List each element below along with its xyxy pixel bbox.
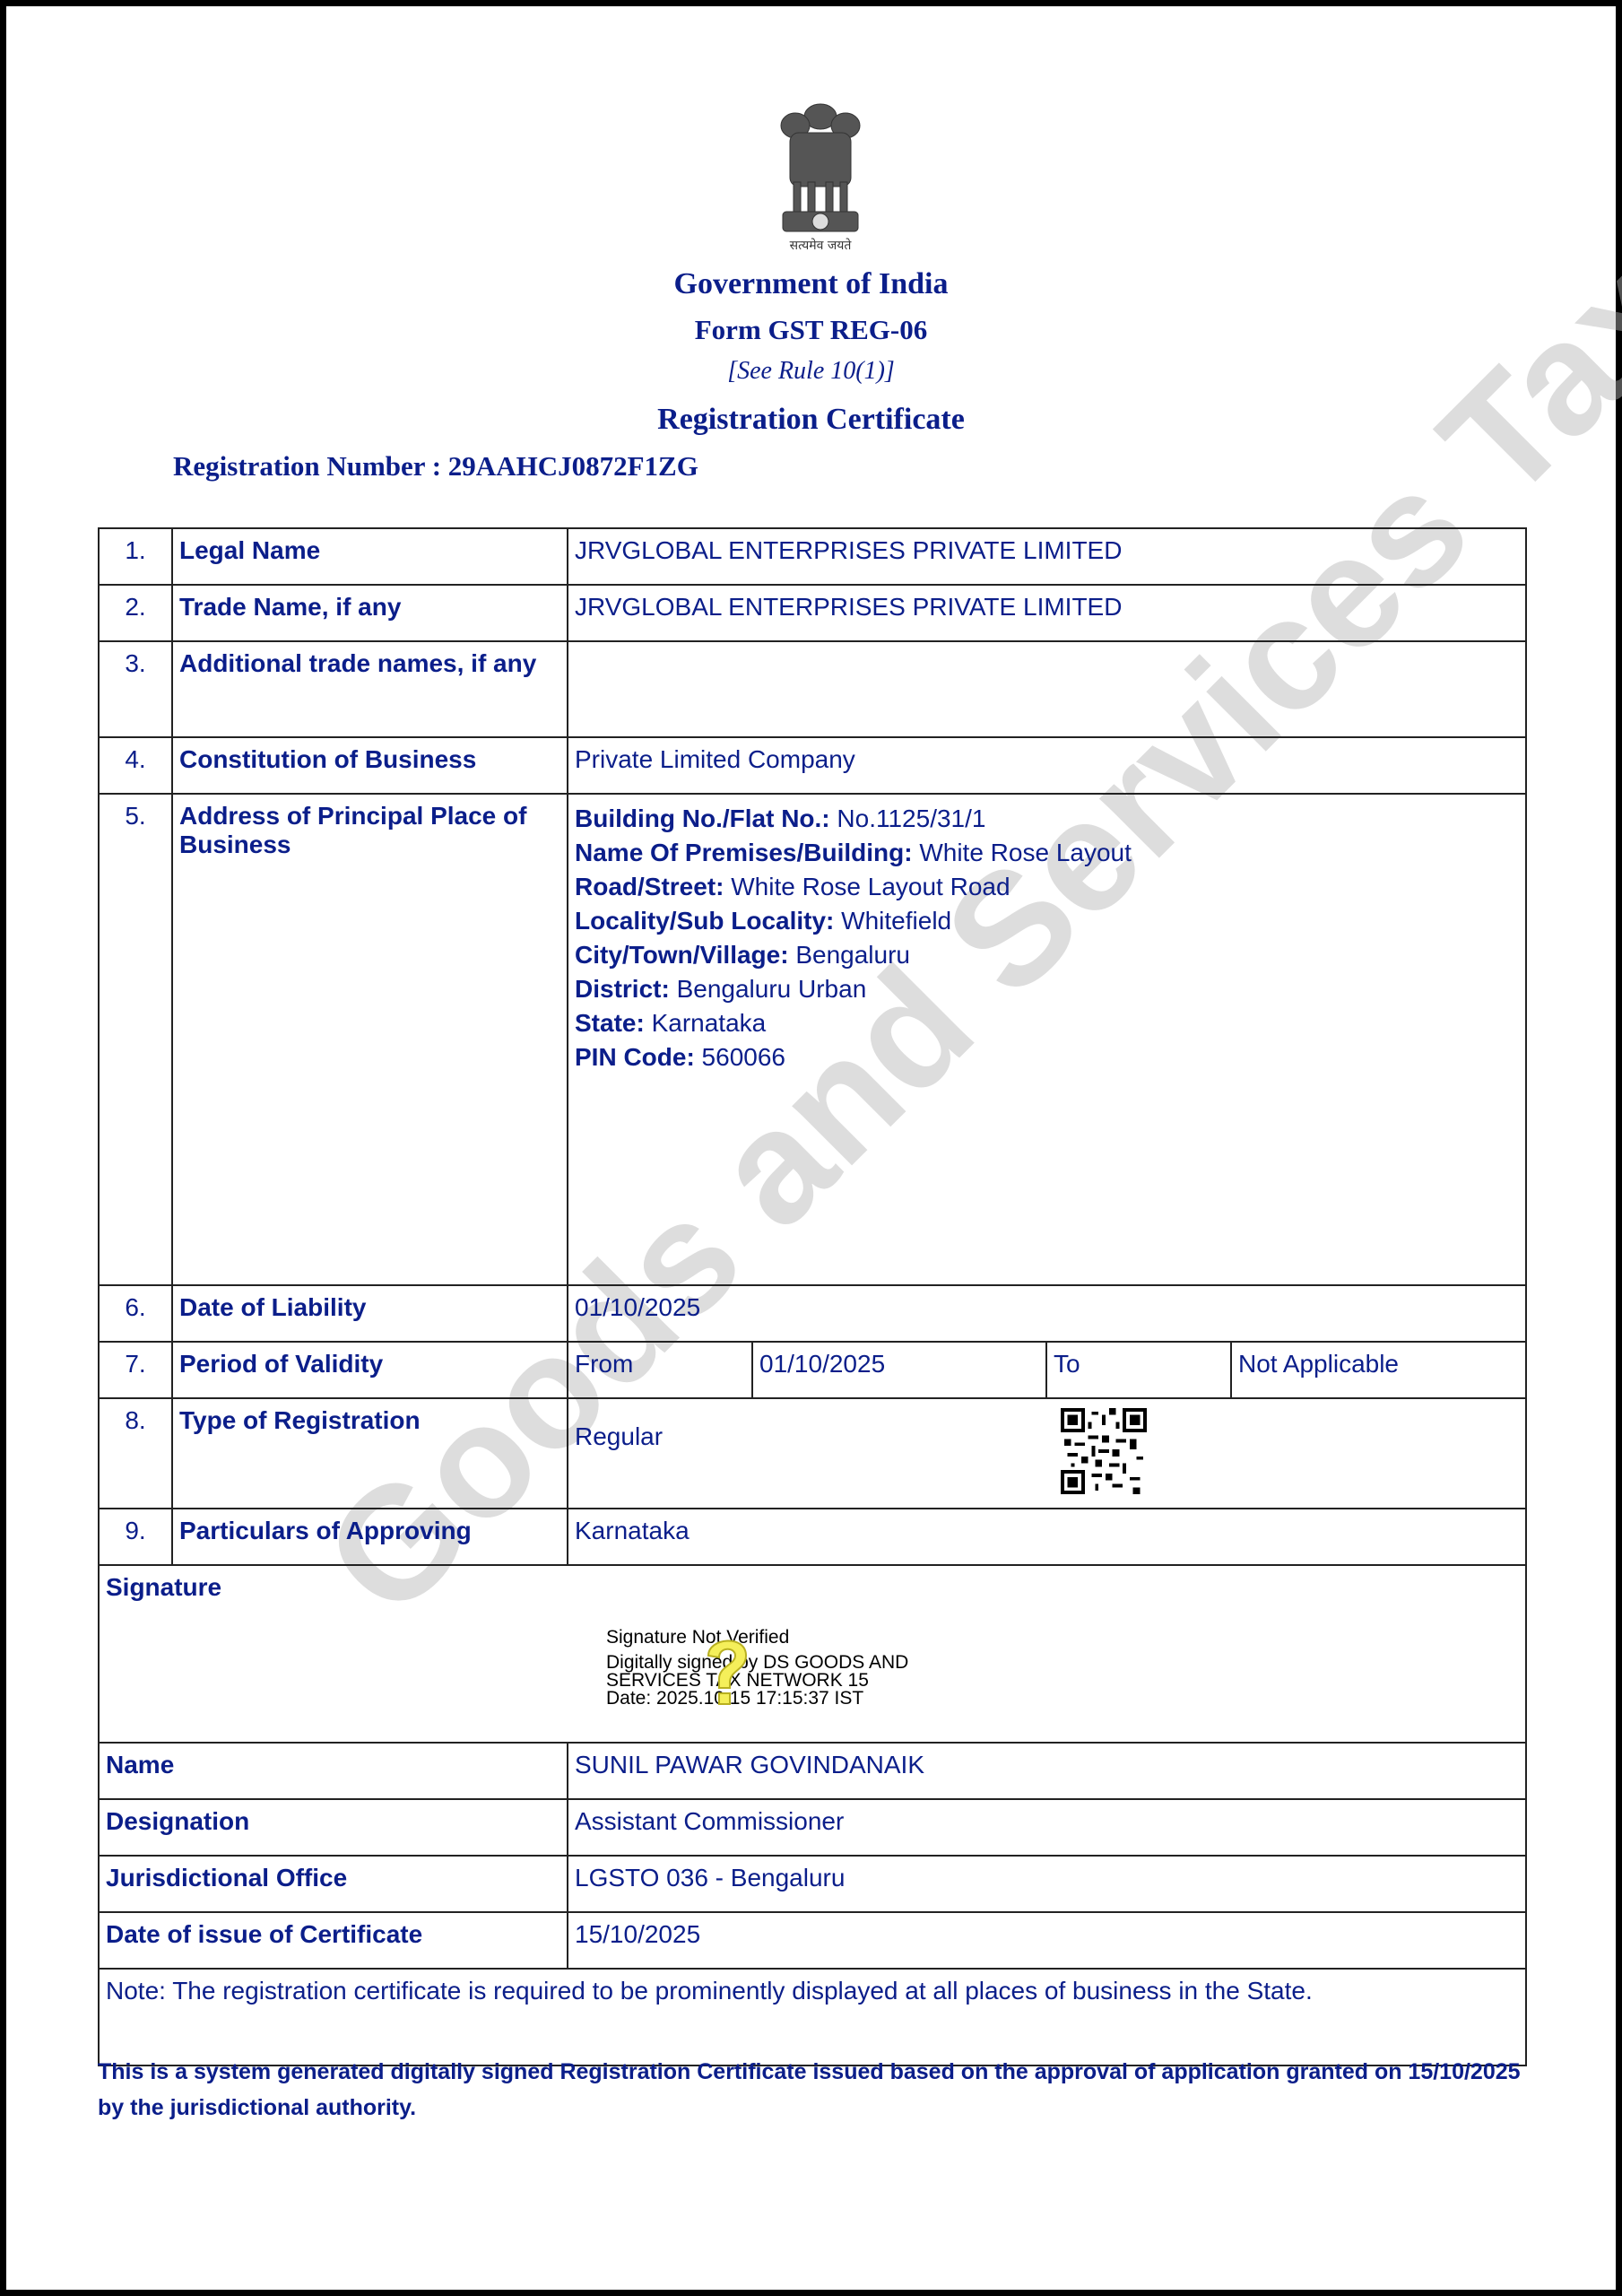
svg-text:सत्यमेव जयते: सत्यमेव जयते bbox=[790, 238, 853, 253]
rule-reference: [See Rule 10(1)] bbox=[0, 357, 1622, 386]
date-of-liability-value: 01/10/2025 bbox=[568, 1285, 1526, 1342]
constitution-label: Constitution of Business bbox=[172, 737, 568, 794]
table-row: 9. Particulars of Approving Karnataka bbox=[99, 1509, 1526, 1565]
officer-row: Name SUNIL PAWAR GOVINDANAIK bbox=[99, 1743, 1526, 1799]
officer-row: Designation Assistant Commissioner bbox=[99, 1799, 1526, 1856]
approving-label: Particulars of Approving bbox=[172, 1509, 568, 1565]
system-generated-note: This is a system generated digitally sig… bbox=[98, 2054, 1532, 2126]
additional-trade-names-value bbox=[568, 641, 1526, 737]
officer-row: Date of issue of Certificate 15/10/2025 bbox=[99, 1912, 1526, 1969]
designation-label: Designation bbox=[99, 1799, 568, 1856]
table-row: 7. Period of Validity From 01/10/2025 To… bbox=[99, 1342, 1526, 1398]
form-title: Form GST REG-06 bbox=[0, 314, 1622, 346]
registration-number: Registration Number : 29AAHCJ0872F1ZG bbox=[173, 450, 698, 483]
address-value: Building No./Flat No.: No.1125/31/1 Name… bbox=[568, 794, 1526, 1285]
table-row: 5. Address of Principal Place of Busines… bbox=[99, 794, 1526, 1285]
registration-type-label: Type of Registration bbox=[172, 1398, 568, 1509]
approving-value: Karnataka bbox=[568, 1509, 1526, 1565]
government-title: Government of India bbox=[0, 267, 1622, 301]
trade-name-value: JRVGLOBAL ENTERPRISES PRIVATE LIMITED bbox=[568, 585, 1526, 641]
officer-name-value: SUNIL PAWAR GOVINDANAIK bbox=[568, 1743, 1526, 1799]
legal-name-label: Legal Name bbox=[172, 528, 568, 585]
issue-date-label: Date of issue of Certificate bbox=[99, 1912, 568, 1969]
note-row: Note: The registration certificate is re… bbox=[99, 1969, 1526, 2066]
digital-signature: Signature Not Verified Digitally signed … bbox=[606, 1629, 908, 1708]
national-emblem-icon: सत्यमेव जयते bbox=[758, 97, 883, 254]
table-row: 1. Legal Name JRVGLOBAL ENTERPRISES PRIV… bbox=[99, 528, 1526, 585]
registration-type-value: Regular bbox=[568, 1398, 1526, 1509]
table-row: 6. Date of Liability 01/10/2025 bbox=[99, 1285, 1526, 1342]
qr-code-icon bbox=[1061, 1408, 1147, 1494]
officer-row: Jurisdictional Office LGSTO 036 - Bengal… bbox=[99, 1856, 1526, 1912]
designation-value: Assistant Commissioner bbox=[568, 1799, 1526, 1856]
period-of-validity-label: Period of Validity bbox=[172, 1342, 568, 1398]
validity-to-value: Not Applicable bbox=[1231, 1342, 1526, 1398]
date-of-liability-label: Date of Liability bbox=[172, 1285, 568, 1342]
validity-to-label: To bbox=[1046, 1342, 1231, 1398]
issue-date-value: 15/10/2025 bbox=[568, 1912, 1526, 1969]
signature-unverified-icon bbox=[696, 1631, 759, 1711]
certificate-title: Registration Certificate bbox=[0, 403, 1622, 437]
table-row: 8. Type of Registration Regular bbox=[99, 1398, 1526, 1509]
trade-name-label: Trade Name, if any bbox=[172, 585, 568, 641]
officer-name-label: Name bbox=[99, 1743, 568, 1799]
table-row: 4. Constitution of Business Private Limi… bbox=[99, 737, 1526, 794]
table-row: 2. Trade Name, if any JRVGLOBAL ENTERPRI… bbox=[99, 585, 1526, 641]
certificate-table: 1. Legal Name JRVGLOBAL ENTERPRISES PRIV… bbox=[98, 527, 1527, 2066]
address-label: Address of Principal Place of Business bbox=[172, 794, 568, 1285]
table-row: 3. Additional trade names, if any bbox=[99, 641, 1526, 737]
jurisdictional-office-value: LGSTO 036 - Bengaluru bbox=[568, 1856, 1526, 1912]
jurisdictional-office-label: Jurisdictional Office bbox=[99, 1856, 568, 1912]
constitution-value: Private Limited Company bbox=[568, 737, 1526, 794]
additional-trade-names-label: Additional trade names, if any bbox=[172, 641, 568, 737]
signature-row: Signature Signature Not Verified Digital… bbox=[99, 1565, 1526, 1743]
validity-from-value: 01/10/2025 bbox=[752, 1342, 1046, 1398]
legal-name-value: JRVGLOBAL ENTERPRISES PRIVATE LIMITED bbox=[568, 528, 1526, 585]
signature-label: Signature bbox=[106, 1573, 221, 1601]
validity-from-label: From bbox=[568, 1342, 752, 1398]
note-text: Note: The registration certificate is re… bbox=[99, 1969, 1526, 2066]
